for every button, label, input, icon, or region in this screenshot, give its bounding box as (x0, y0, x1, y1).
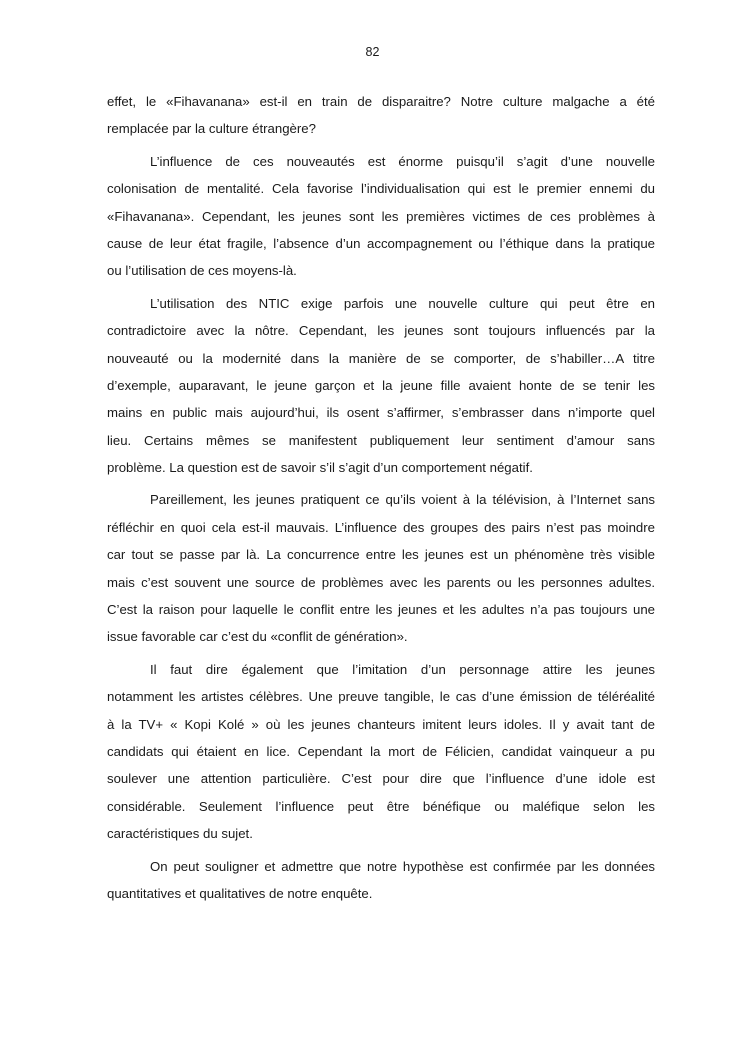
text-line: considérable. Seulement l’influence peut… (107, 793, 655, 820)
text-line: Il faut dire également que l’imitation d… (107, 656, 655, 683)
text-line: contradictoire avec la nôtre. Cependant,… (107, 317, 655, 344)
text-line: à la TV+ « Kopi Kolé » où les jeunes cha… (107, 711, 655, 738)
text-line: Pareillement, les jeunes pratiquent ce q… (107, 486, 655, 513)
text-line: réfléchir en quoi cela est-il mauvais. L… (107, 514, 655, 541)
text-line: On peut souligner et admettre que notre … (107, 853, 655, 880)
text-line: soulever une attention particulière. C’e… (107, 765, 655, 792)
text-line: issue favorable car c’est du «conflit de… (107, 623, 655, 650)
text-line: L’influence de ces nouveautés est énorme… (107, 148, 655, 175)
text-line: problème. La question est de savoir s’il… (107, 454, 655, 481)
text-line: quantitatives et qualitatives de notre e… (107, 880, 655, 907)
paragraph-4: Pareillement, les jeunes pratiquent ce q… (107, 486, 655, 650)
text-line: L’utilisation des NTIC exige parfois une… (107, 290, 655, 317)
paragraph-5: Il faut dire également que l’imitation d… (107, 656, 655, 848)
text-line: d’exemple, auparavant, le jeune garçon e… (107, 372, 655, 399)
text-line: «Fihavanana». Cependant, les jeunes sont… (107, 203, 655, 230)
text-line: car tout se passe par là. La concurrence… (107, 541, 655, 568)
document-body: effet, le «Fihavanana» est-il en train d… (107, 88, 655, 907)
paragraph-3: L’utilisation des NTIC exige parfois une… (107, 290, 655, 482)
text-line: lieu. Certains mêmes se manifestent publ… (107, 427, 655, 454)
text-line: cause de leur état fragile, l’absence d’… (107, 230, 655, 257)
text-line: remplacée par la culture étrangère? (107, 115, 655, 142)
text-line: mains en public mais aujourd’hui, ils os… (107, 399, 655, 426)
paragraph-2: L’influence de ces nouveautés est énorme… (107, 148, 655, 285)
text-line: notamment les artistes célèbres. Une pre… (107, 683, 655, 710)
text-line: mais c’est souvent une source de problèm… (107, 569, 655, 596)
text-line: ou l’utilisation de ces moyens-là. (107, 257, 655, 284)
text-line: nouveauté ou la modernité dans la manièr… (107, 345, 655, 372)
text-line: effet, le «Fihavanana» est-il en train d… (107, 88, 655, 115)
page-number: 82 (0, 44, 745, 60)
text-line: C’est la raison pour laquelle le conflit… (107, 596, 655, 623)
text-line: caractéristiques du sujet. (107, 820, 655, 847)
text-line: candidats qui étaient en lice. Cependant… (107, 738, 655, 765)
text-line: colonisation de mentalité. Cela favorise… (107, 175, 655, 202)
paragraph-6: On peut souligner et admettre que notre … (107, 853, 655, 908)
paragraph-1: effet, le «Fihavanana» est-il en train d… (107, 88, 655, 143)
